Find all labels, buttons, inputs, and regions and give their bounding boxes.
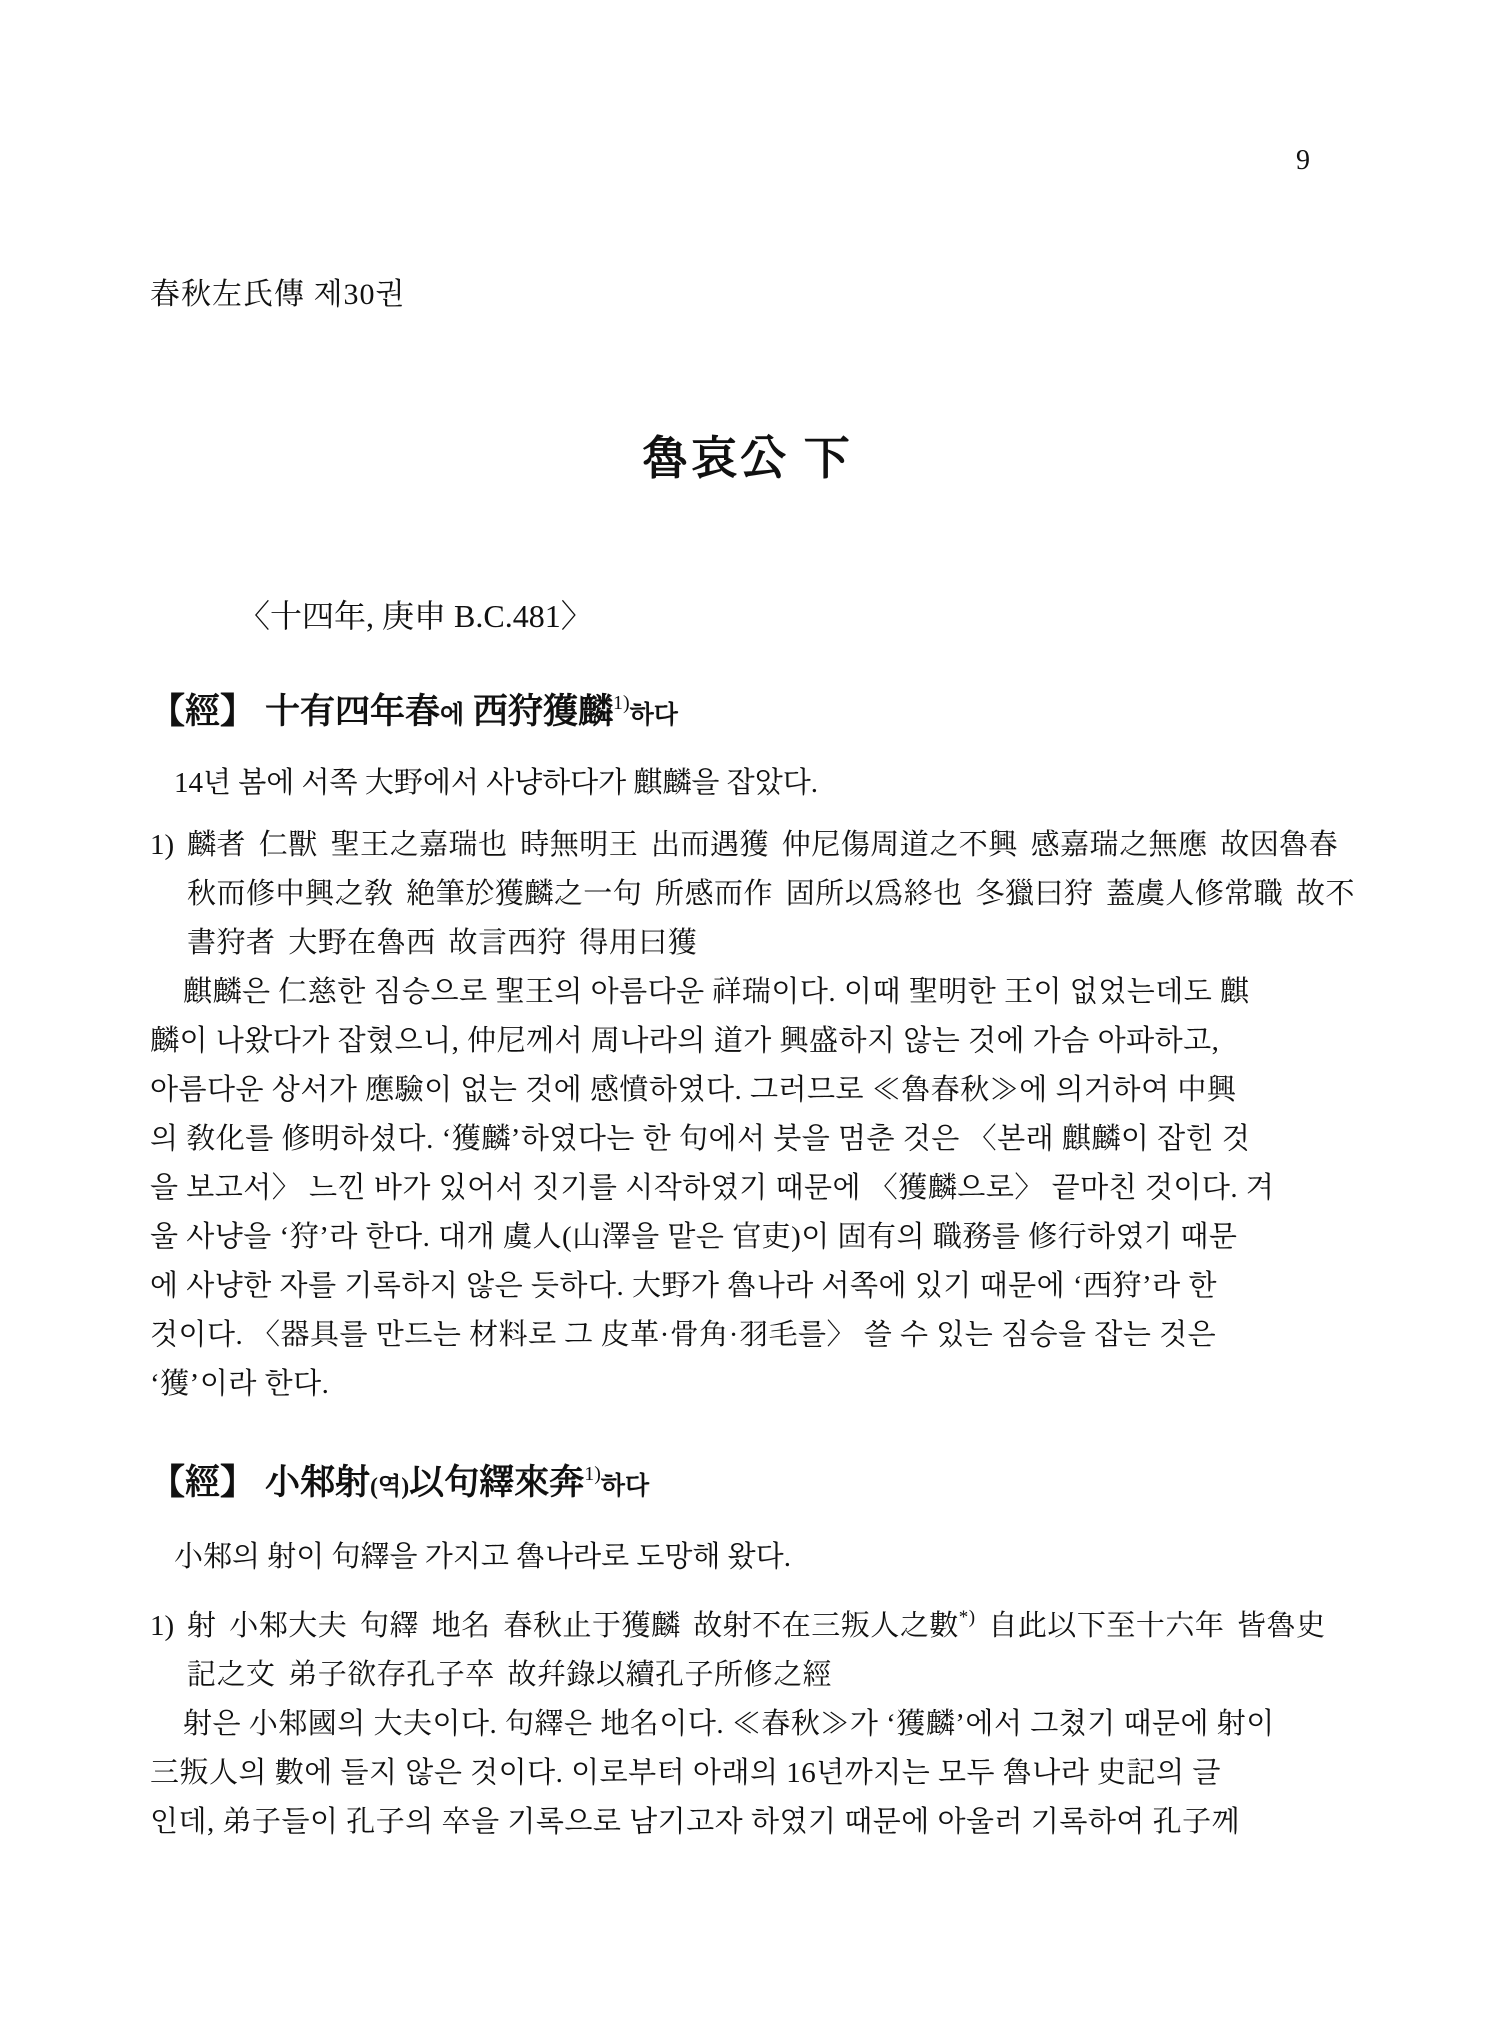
jing-text-2b: 以句繹來奔 (409, 1463, 584, 1502)
footnote-1-ko-line-6: 울 사냥을 ‘狩’라 한다. 대개 虞人(山澤을 맡은 官吏)이 固有의 職務를… (150, 1213, 1345, 1262)
jing-suffix-2: 하다 (601, 1473, 649, 1500)
document-page: 9 春秋左氏傳 제30권 魯哀公 下 〈十四年, 庚申 B.C.481〉 【經】… (0, 0, 1495, 2023)
footnote-marker-1: 1) (150, 821, 187, 870)
chapter-title: 魯哀公 下 (150, 433, 1345, 485)
footnote-ref-2: 1) (584, 1463, 601, 1485)
footnote-2-zh-line-2: 記之文 弟子欲存孔子卒 故幷錄以續孔子所修之經 (150, 1651, 1345, 1700)
page-content: 9 春秋左氏傳 제30권 魯哀公 下 〈十四年, 庚申 B.C.481〉 【經】… (0, 145, 1495, 1847)
footnote-1-zh-line-1: 1)麟者 仁獸 聖王之嘉瑞也 時無明王 出而遇獲 仲尼傷周道之不興 感嘉瑞之無應… (150, 821, 1345, 870)
footnote-2-zh-line-1: 1)射 小邾大夫 句繹 地名 春秋止于獲麟 故射不在三叛人之數*) 自此以下至十… (150, 1602, 1345, 1651)
footnote-1-zh-line-2: 秋而修中興之敎 絶筆於獲麟之一句 所感而作 固所以爲終也 冬獵曰狩 蓋虞人修常職… (150, 870, 1345, 919)
footnote-2-ko-line-1: 射은 小邾國의 大夫이다. 句繹은 地名이다. ≪春秋≫가 ‘獲麟’에서 그쳤기… (150, 1700, 1345, 1749)
footnote-1-ko-line-3: 아름다운 상서가 應驗이 없는 것에 感憤하였다. 그러므로 ≪魯春秋≫에 의거… (150, 1066, 1345, 1115)
jing-text-1b: 西狩獲麟 (464, 692, 613, 731)
footnote-1-ko-line-8: 것이다. 〈器具를 만드는 材料로 그 皮革·骨角·羽毛를〉 쓸 수 있는 짐승… (150, 1311, 1345, 1360)
footnote-1-ko-line-7: 에 사냥한 자를 기록하지 않은 듯하다. 大野가 魯나라 서쪽에 있기 때문에… (150, 1262, 1345, 1311)
footnote-marker-2: 1) (150, 1602, 187, 1651)
jing-heading-2: 【經】小邾射(역)以句繹來奔1)하다 (150, 1461, 1345, 1509)
translation-2: 小邾의 射이 句繹을 가지고 魯나라로 도망해 왔다. (150, 1537, 1345, 1577)
year-section-heading: 〈十四年, 庚申 B.C.481〉 (238, 597, 1345, 635)
footnote-2-ko-line-2: 三叛人의 數에 들지 않은 것이다. 이로부터 아래의 16년까지는 모두 魯나… (150, 1749, 1345, 1798)
jing-text-1: 十有四年春 (265, 692, 440, 731)
footnote-2-zh-text-1: 射 小邾大夫 句繹 地名 春秋止于獲麟 故射不在三叛人之數 (187, 1610, 959, 1642)
footnote-2-zh-text-1b: 自此以下至十六年 皆魯史 (976, 1610, 1326, 1642)
jing-label-2: 【經】 (150, 1463, 255, 1502)
page-number: 9 (150, 145, 1345, 177)
jing-suffix-1: 하다 (630, 702, 678, 729)
running-header: 春秋左氏傳 제30권 (150, 277, 1345, 313)
footnote-1-ko-line-2: 麟이 나왔다가 잡혔으니, 仲尼께서 周나라의 道가 興盛하지 않는 것에 가슴… (150, 1017, 1345, 1066)
footnote-ref-1: 1) (613, 692, 630, 714)
footnote-1-zh-text-1: 麟者 仁獸 聖王之嘉瑞也 時無明王 出而遇獲 仲尼傷周道之不興 感嘉瑞之無應 故… (187, 829, 1338, 861)
footnote-1-ko-line-1: 麒麟은 仁慈한 짐승으로 聖王의 아름다운 祥瑞이다. 이때 聖明한 王이 없었… (150, 968, 1345, 1017)
footnote-1-ko-line-9: ‘獲’이라 한다. (150, 1360, 1345, 1409)
footnote-block-1: 1)麟者 仁獸 聖王之嘉瑞也 時無明王 出而遇獲 仲尼傷周道之不興 感嘉瑞之無應… (150, 821, 1345, 1409)
footnote-1-ko-line-5: 을 보고서〉 느낀 바가 있어서 짓기를 시작하였기 때문에 〈獲麟으로〉 끝마… (150, 1164, 1345, 1213)
footnote-2-star-ref: *) (959, 1607, 976, 1628)
translation-1: 14년 봄에 서쪽 大野에서 사냥하다가 麒麟을 잡았다. (150, 763, 1345, 803)
jing-particle-1: 에 (440, 702, 464, 729)
footnote-2-ko-line-3: 인데, 弟子들이 孔子의 卒을 기록으로 남기고자 하였기 때문에 아울러 기록… (150, 1798, 1345, 1847)
footnote-block-2: 1)射 小邾大夫 句繹 地名 春秋止于獲麟 故射不在三叛人之數*) 自此以下至十… (150, 1602, 1345, 1847)
footnote-1-ko-line-4: 의 敎化를 修明하셨다. ‘獲麟’하였다는 한 句에서 붓을 멈춘 것은 〈본래… (150, 1115, 1345, 1164)
jing-label-1: 【經】 (150, 692, 255, 731)
jing-text-2: 小邾射 (265, 1463, 370, 1502)
jing-heading-1: 【經】十有四年春에 西狩獲麟1)하다 (150, 690, 1345, 738)
jing-reading-gloss-2: (역) (370, 1474, 409, 1500)
footnote-1-zh-line-3: 書狩者 大野在魯西 故言西狩 得用曰獲 (150, 919, 1345, 968)
